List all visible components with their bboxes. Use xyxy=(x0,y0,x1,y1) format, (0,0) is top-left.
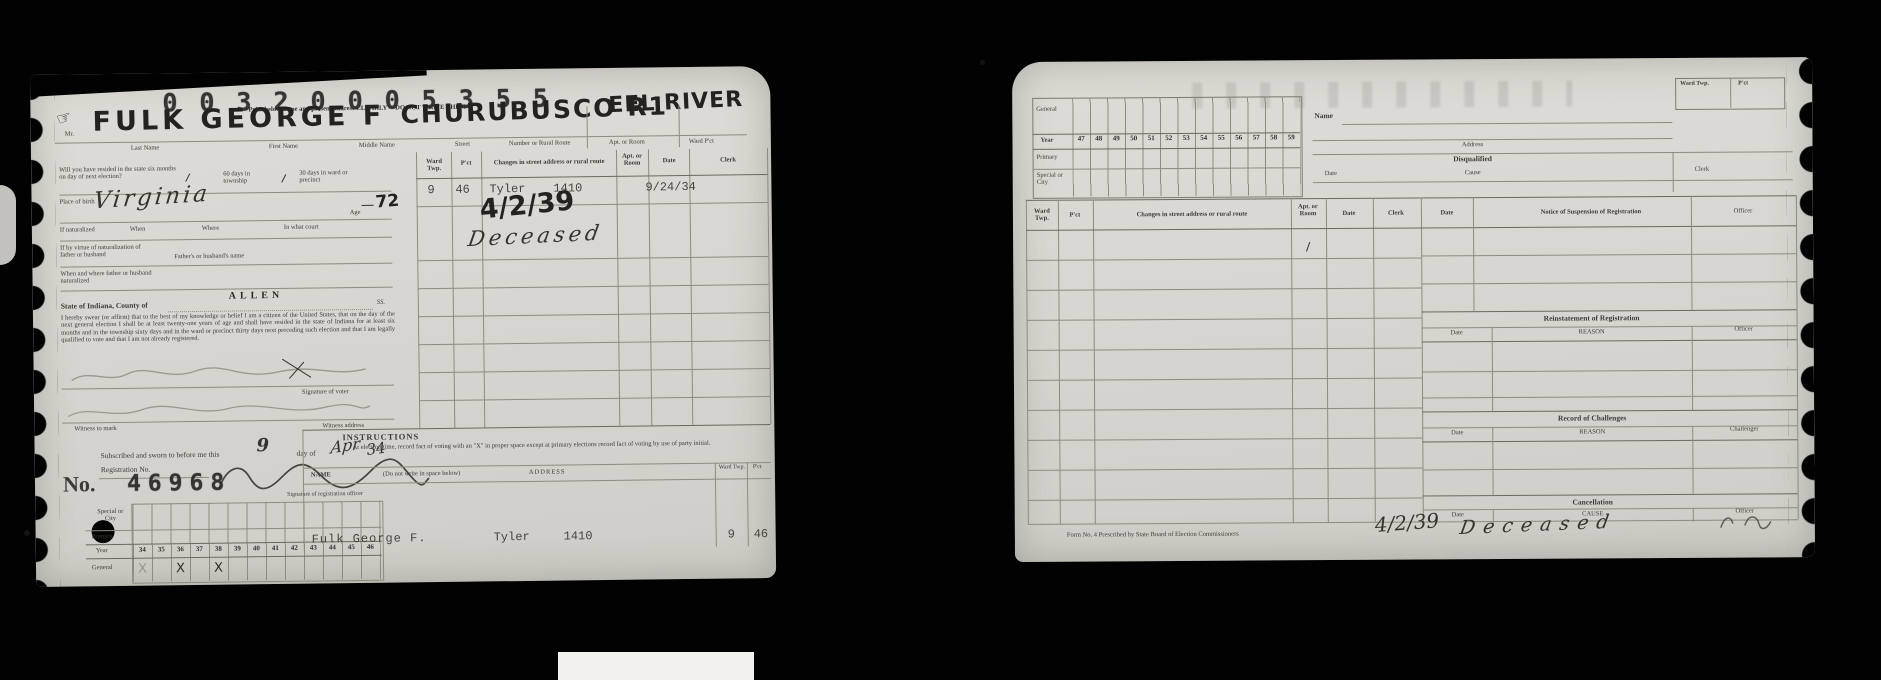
cell: 38 xyxy=(209,546,228,554)
bcol-officer: Officer xyxy=(1703,207,1783,215)
cell: 56 xyxy=(1230,135,1248,143)
disq-date-label: Date xyxy=(1325,170,1337,177)
county-stamp: ALLEN xyxy=(229,290,284,302)
nat-court-label: In what court xyxy=(284,223,319,231)
typed-ward: 9 xyxy=(728,528,735,542)
cell: 57 xyxy=(1247,134,1265,142)
voter-signature-scrawl xyxy=(70,359,370,389)
salutation-label: Mr. xyxy=(65,130,74,137)
col-pct: P'ct xyxy=(453,160,479,168)
cell: 53 xyxy=(1177,135,1195,143)
handwritten-township: EEL RIVER xyxy=(608,88,744,119)
cell: X xyxy=(133,563,152,578)
cancellation-hand-cause: Deceased xyxy=(1458,511,1618,539)
label-street: Street xyxy=(455,141,470,148)
vote-row-general-label: General xyxy=(92,564,113,572)
question-residence: Will you have resided in the state six m… xyxy=(59,165,179,181)
bottom-name-header: NAME xyxy=(311,471,331,479)
corner-ward-label: Ward Twp. xyxy=(1680,81,1720,88)
scanned-page: 00320005355 Print below name and present… xyxy=(0,0,1881,680)
disq-clerk-label: Clerk xyxy=(1695,166,1709,173)
challenges-date: Date xyxy=(1426,429,1488,437)
grid-row-special: Special or City xyxy=(1037,172,1071,187)
grid-row-year: Year xyxy=(1040,137,1053,144)
cell: 40 xyxy=(247,545,266,553)
handwritten-change-date: 4/2/39 xyxy=(478,186,575,226)
signature-of-officer-label: Signature of registration officer xyxy=(287,491,363,499)
question-30days: 30 days in ward or precinct xyxy=(299,169,359,184)
cell: 34 xyxy=(133,547,152,555)
cell: 39 xyxy=(228,545,247,553)
col-clerk: Clerk xyxy=(691,156,765,164)
label-ward-pct: Ward P'ct xyxy=(689,138,714,146)
cell: 47 xyxy=(1072,136,1090,144)
pen-mark xyxy=(281,174,286,182)
cell: 49 xyxy=(1107,135,1125,143)
cell: 35 xyxy=(152,546,171,554)
cell: 36 xyxy=(171,546,190,554)
label-middle-name: Middle Name xyxy=(359,142,395,150)
registration-card-back: Ward Twp. P'ct General Year Primary Spec… xyxy=(1012,57,1815,562)
bcol-pct: P'ct xyxy=(1060,212,1090,219)
bottom-ward-header: Ward Twp. xyxy=(717,464,747,471)
pen-mark xyxy=(362,205,374,206)
cell: 42 xyxy=(285,545,304,553)
bcol-notice: Notice of Suspension of Registration xyxy=(1491,208,1691,216)
signature-of-voter-label: Signature of voter xyxy=(302,388,349,396)
film-speck xyxy=(24,530,30,536)
bcol-changes: Changes in street address or rural route xyxy=(1097,210,1287,218)
row-pct-value: 46 xyxy=(455,184,470,198)
handwritten-deceased: Deceased xyxy=(466,222,604,252)
cell: 55 xyxy=(1212,135,1230,143)
disq-cause-label: Cause xyxy=(1413,169,1533,177)
vote-general-marks: XXX xyxy=(133,557,380,578)
label-first-name: First Name xyxy=(269,143,298,151)
adjacent-card-edge xyxy=(558,652,754,680)
typed-street: Tyler xyxy=(494,531,530,545)
film-speck xyxy=(980,60,985,65)
if-naturalized-label: If naturalized xyxy=(60,226,95,234)
age-value: 72 xyxy=(375,192,400,213)
corner-pct-label: P'ct xyxy=(1738,81,1748,88)
handwritten-name: FULK GEORGE F xyxy=(92,101,385,138)
cell: 51 xyxy=(1142,135,1160,143)
col-apt-room: Apt. or Room xyxy=(617,152,647,167)
witness-to-mark-label: Witness to mark xyxy=(74,425,116,433)
perforated-edge xyxy=(30,67,60,587)
paper-fragment xyxy=(0,185,16,265)
challenges-title: Record of Challenges xyxy=(1472,414,1712,424)
label-last-name: Last Name xyxy=(131,144,159,152)
ss-label: SS. xyxy=(377,299,385,306)
bcol-apt: Apt. or Room xyxy=(1293,203,1323,218)
typed-name: Fulk George F. xyxy=(312,532,427,547)
reinstatement-reason: REASON xyxy=(1492,328,1692,336)
row-ward-value: 9 xyxy=(427,184,434,198)
bottom-pct-header: P'ct xyxy=(753,464,762,471)
sworn-pre-label: Subscribed and sworn to before me this xyxy=(101,451,220,461)
col-ward-twp: Ward Twp. xyxy=(419,158,449,173)
cell: 58 xyxy=(1265,134,1283,142)
nat-when-label: When xyxy=(130,226,146,233)
father-name-label: Father's or husband's name xyxy=(174,252,244,260)
col-date: Date xyxy=(650,157,688,165)
registration-card-front: 00320005355 Print below name and present… xyxy=(30,66,776,587)
cancellation-title: Cancellation xyxy=(1473,498,1713,508)
bottom-address-header: ADDRESS xyxy=(529,468,566,476)
cell: 37 xyxy=(190,546,209,554)
place-of-birth-value: Virginia xyxy=(92,182,211,216)
form-note: Form No. 4 Prescribed by State Board of … xyxy=(1067,531,1239,539)
vote-row-year-label: Year xyxy=(96,547,108,554)
place-of-birth-label: Place of birth xyxy=(60,198,96,206)
bcol-ward: Ward Twp. xyxy=(1027,208,1057,223)
no-prefix: No. xyxy=(63,472,96,497)
pen-mark xyxy=(185,173,190,181)
bcol-clerk: Clerk xyxy=(1375,210,1417,218)
state-county-label: State of Indiana, County of xyxy=(61,302,148,311)
grid-row-general: General xyxy=(1036,106,1057,113)
nat-where-label: Where xyxy=(202,225,219,232)
label-number-rural: Number or Rural Route xyxy=(509,139,571,147)
cell: 59 xyxy=(1282,134,1300,142)
typed-number: 1410 xyxy=(564,530,593,544)
reinstatement-date: Date xyxy=(1426,329,1488,337)
bcol-date: Date xyxy=(1328,210,1370,218)
address-label: Address xyxy=(1392,141,1552,149)
when-where-naturalized-label: When and where father or husband natural… xyxy=(60,269,170,285)
oath-text: I hereby swear (or affirm) that to the b… xyxy=(61,311,395,344)
pen-mark xyxy=(1306,242,1310,252)
cell: X xyxy=(209,562,228,577)
question-60days: 60 days in township xyxy=(223,170,275,185)
cancellation-hand-date: 4/2/39 xyxy=(1374,509,1440,536)
cell: X xyxy=(171,562,190,577)
label-apt-room: Apt. or Room xyxy=(609,138,645,146)
virtue-label: If by virtue of naturalization of father… xyxy=(60,244,152,260)
vote-row-special-label: Special or City xyxy=(91,508,129,523)
sworn-day-value: 9 xyxy=(256,436,269,456)
grid-year-row: 47484950515253545556575859 xyxy=(1072,134,1300,143)
cancellation-initials-scrawl xyxy=(1715,509,1775,533)
cell: 48 xyxy=(1090,135,1108,143)
grid-row-primary: Primary xyxy=(1037,154,1058,161)
reinstatement-title: Reinstatement of Registration xyxy=(1472,314,1712,324)
cell: 41 xyxy=(266,545,285,553)
col-changes: Changes in street address or rural route xyxy=(485,158,613,167)
cell: 54 xyxy=(1195,135,1213,143)
bottom-note: (Do not write in space below) xyxy=(383,470,461,478)
instructions-title: INSTRUCTIONS xyxy=(342,432,419,442)
disqualified-label: Disqualified xyxy=(1393,155,1553,164)
age-label: Age xyxy=(350,209,361,216)
cell: 50 xyxy=(1125,135,1143,143)
cell: 52 xyxy=(1160,135,1178,143)
manicule-icon: ☞ xyxy=(54,107,75,130)
typed-pct: 46 xyxy=(754,528,769,542)
challenges-reason: REASON xyxy=(1492,428,1692,436)
bcol-date2: Date xyxy=(1423,209,1471,217)
vote-row-primary-label: Primary xyxy=(92,533,113,541)
row-date-value: 9/24/34 xyxy=(645,181,696,195)
name-label: Name xyxy=(1314,112,1333,121)
